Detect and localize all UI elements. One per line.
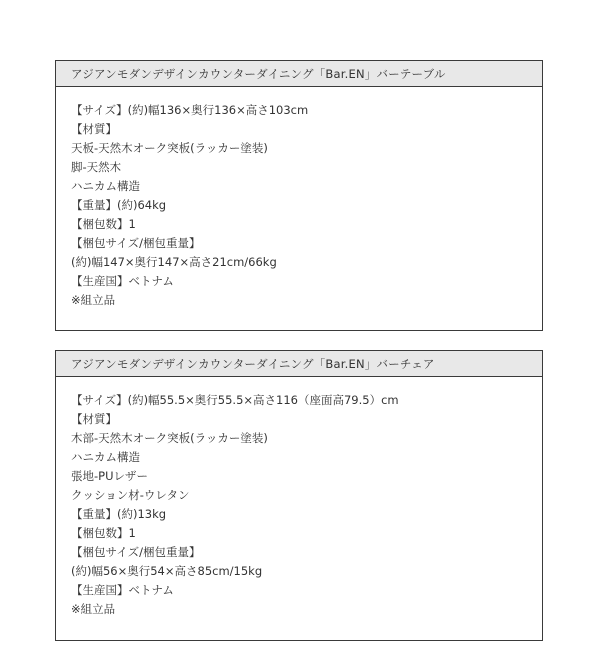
spec-size: 【サイズ】(約)幅136×奥行136×高さ103cm	[71, 101, 542, 120]
spec-material-label: 【材質】	[71, 410, 542, 429]
spec-material-structure: ハニカム構造	[71, 448, 542, 467]
spec-material-upholstery: 張地-PUレザー	[71, 467, 542, 486]
spec-assembly-note: ※組立品	[71, 291, 542, 310]
spec-material-structure: ハニカム構造	[71, 177, 542, 196]
spec-size: 【サイズ】(約)幅55.5×奥行55.5×高さ116（座面高79.5）cm	[71, 391, 542, 410]
spec-material-legs: 脚-天然木	[71, 158, 542, 177]
spec-package-size: (約)幅147×奥行147×高さ21cm/66kg	[71, 253, 542, 272]
spec-weight: 【重量】(約)13kg	[71, 505, 542, 524]
spec-origin: 【生産国】ベトナム	[71, 581, 542, 600]
spec-assembly-note: ※組立品	[71, 600, 542, 619]
spec-origin: 【生産国】ベトナム	[71, 272, 542, 291]
spec-weight: 【重量】(約)64kg	[71, 196, 542, 215]
bar-table-spec-title: アジアンモダンデザインカウンターダイニング「Bar.EN」バーテーブル	[56, 61, 542, 87]
spec-material-top: 天板-天然木オーク突板(ラッカー塗装)	[71, 139, 542, 158]
spec-package-count: 【梱包数】1	[71, 524, 542, 543]
bar-table-spec-body: 【サイズ】(約)幅136×奥行136×高さ103cm 【材質】 天板-天然木オー…	[56, 87, 542, 310]
bar-table-spec-panel: アジアンモダンデザインカウンターダイニング「Bar.EN」バーテーブル 【サイズ…	[55, 60, 543, 331]
spec-material-label: 【材質】	[71, 120, 542, 139]
spec-package-size: (約)幅56×奥行54×高さ85cm/15kg	[71, 562, 542, 581]
spec-material-cushion: クッション材-ウレタン	[71, 486, 542, 505]
bar-chair-spec-title: アジアンモダンデザインカウンターダイニング「Bar.EN」バーチェア	[56, 351, 542, 377]
bar-chair-spec-panel: アジアンモダンデザインカウンターダイニング「Bar.EN」バーチェア 【サイズ】…	[55, 350, 543, 641]
spec-package-label: 【梱包サイズ/梱包重量】	[71, 234, 542, 253]
spec-package-label: 【梱包サイズ/梱包重量】	[71, 543, 542, 562]
spec-material-wood: 木部-天然木オーク突板(ラッカー塗装)	[71, 429, 542, 448]
spec-package-count: 【梱包数】1	[71, 215, 542, 234]
bar-chair-spec-body: 【サイズ】(約)幅55.5×奥行55.5×高さ116（座面高79.5）cm 【材…	[56, 377, 542, 619]
